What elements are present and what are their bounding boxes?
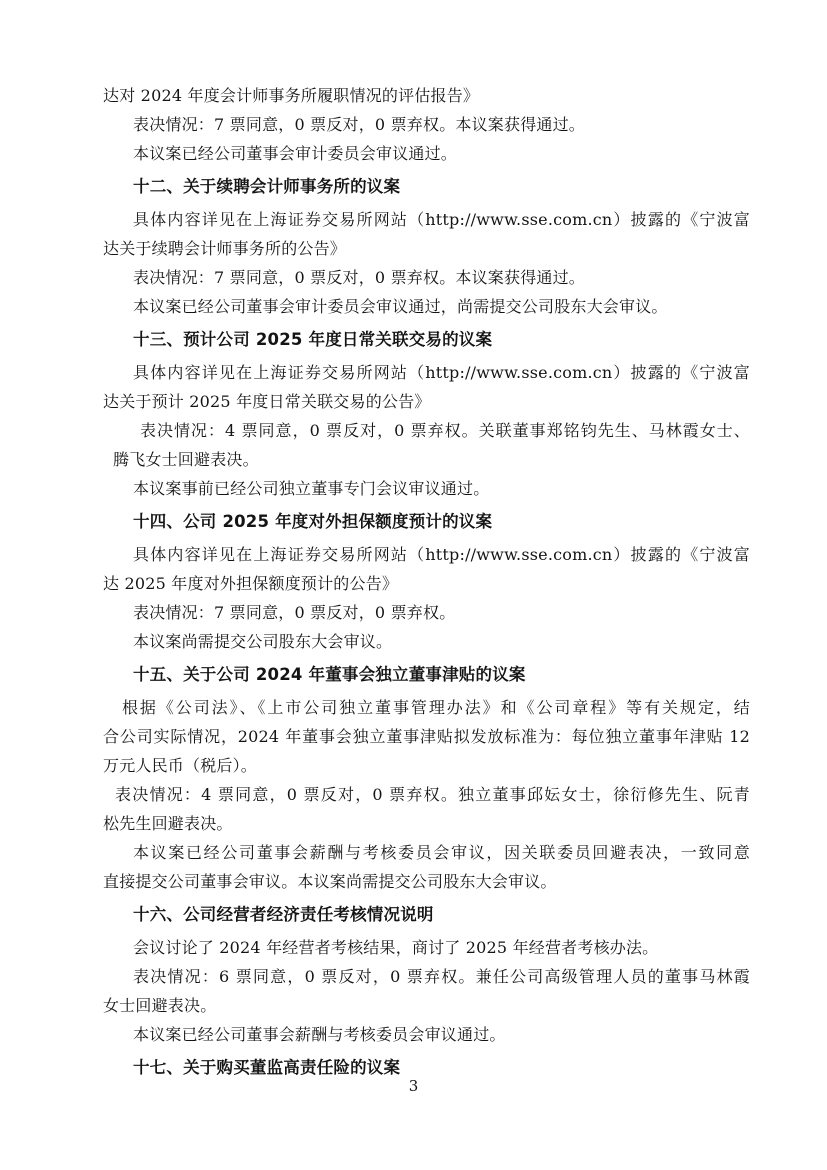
paragraph-line: 达对 2024 年度会计师事务所履职情况的评估报告》 bbox=[103, 81, 750, 110]
vote-result-line: 表决情况：6 票同意，0 票反对，0 票弃权。兼任公司高级管理人员的董事马林霞 bbox=[103, 962, 750, 991]
document-body: 达对 2024 年度会计师事务所履职情况的评估报告》 表决情况：7 票同意，0 … bbox=[103, 81, 750, 1086]
paragraph-line: 达 2025 年度对外担保额度预计的公告》 bbox=[103, 569, 750, 598]
paragraph-line: 具体内容详见在上海证券交易所网站（http://www.sse.com.cn）披… bbox=[103, 358, 750, 387]
paragraph-line: 达关于预计 2025 年度日常关联交易的公告》 bbox=[103, 387, 750, 416]
vote-result-line: 松先生回避表决。 bbox=[103, 809, 750, 838]
vote-result-line: 表决情况：4 票同意，0 票反对，0 票弃权。独立董事邱妘女士，徐衍修先生、阮青 bbox=[103, 780, 750, 809]
paragraph-line: 本议案已经公司董事会审计委员会审议通过，尚需提交公司股东大会审议。 bbox=[103, 292, 750, 321]
section-heading-16: 十六、公司经营者经济责任考核情况说明 bbox=[103, 900, 750, 929]
paragraph-line: 合公司实际情况，2024 年董事会独立董事津贴拟发放标准为：每位独立董事年津贴 … bbox=[103, 722, 750, 751]
paragraph-line: 本议案已经公司董事会审计委员会审议通过。 bbox=[103, 139, 750, 168]
section-heading-13: 十三、预计公司 2025 年度日常关联交易的议案 bbox=[103, 325, 750, 354]
vote-result-line: 表决情况：7 票同意，0 票反对，0 票弃权。本议案获得通过。 bbox=[103, 263, 750, 292]
paragraph-line: 具体内容详见在上海证券交易所网站（http://www.sse.com.cn）披… bbox=[103, 205, 750, 234]
vote-result-line: 腾飞女士回避表决。 bbox=[103, 445, 750, 474]
vote-result-line: 表决情况：7 票同意，0 票反对，0 票弃权。 bbox=[103, 598, 750, 627]
section-heading-15: 十五、关于公司 2024 年董事会独立董事津贴的议案 bbox=[103, 660, 750, 689]
paragraph-line: 本议案事前已经公司独立董事专门会议审议通过。 bbox=[103, 474, 750, 503]
paragraph-line: 达关于续聘会计师事务所的公告》 bbox=[103, 234, 750, 263]
paragraph-line: 本议案已经公司董事会薪酬与考核委员会审议，因关联委员回避表决，一致同意 bbox=[103, 838, 750, 867]
section-heading-14: 十四、公司 2025 年度对外担保额度预计的议案 bbox=[103, 507, 750, 536]
vote-result-line: 女士回避表决。 bbox=[103, 991, 750, 1020]
vote-result-line: 表决情况：7 票同意，0 票反对，0 票弃权。本议案获得通过。 bbox=[103, 110, 750, 139]
section-heading-12: 十二、关于续聘会计师事务所的议案 bbox=[103, 172, 750, 201]
paragraph-line: 会议讨论了 2024 年经营者考核结果，商讨了 2025 年经营者考核办法。 bbox=[103, 933, 750, 962]
paragraph-line: 万元人民币（税后）。 bbox=[103, 751, 750, 780]
vote-result-line: 表决情况：4 票同意，0 票反对，0 票弃权。关联董事郑铭钧先生、马林霞女士、 bbox=[103, 416, 750, 445]
paragraph-line: 直接提交公司董事会审议。本议案尚需提交公司股东大会审议。 bbox=[103, 867, 750, 896]
paragraph-line: 本议案已经公司董事会薪酬与考核委员会审议通过。 bbox=[103, 1020, 750, 1049]
document-page: 达对 2024 年度会计师事务所履职情况的评估报告》 表决情况：7 票同意，0 … bbox=[0, 0, 827, 1170]
paragraph-line: 具体内容详见在上海证券交易所网站（http://www.sse.com.cn）披… bbox=[103, 540, 750, 569]
paragraph-line: 根据《公司法》、《上市公司独立董事管理办法》和《公司章程》等有关规定，结 bbox=[103, 693, 750, 722]
page-number: 3 bbox=[0, 1076, 827, 1096]
paragraph-line: 本议案尚需提交公司股东大会审议。 bbox=[103, 627, 750, 656]
